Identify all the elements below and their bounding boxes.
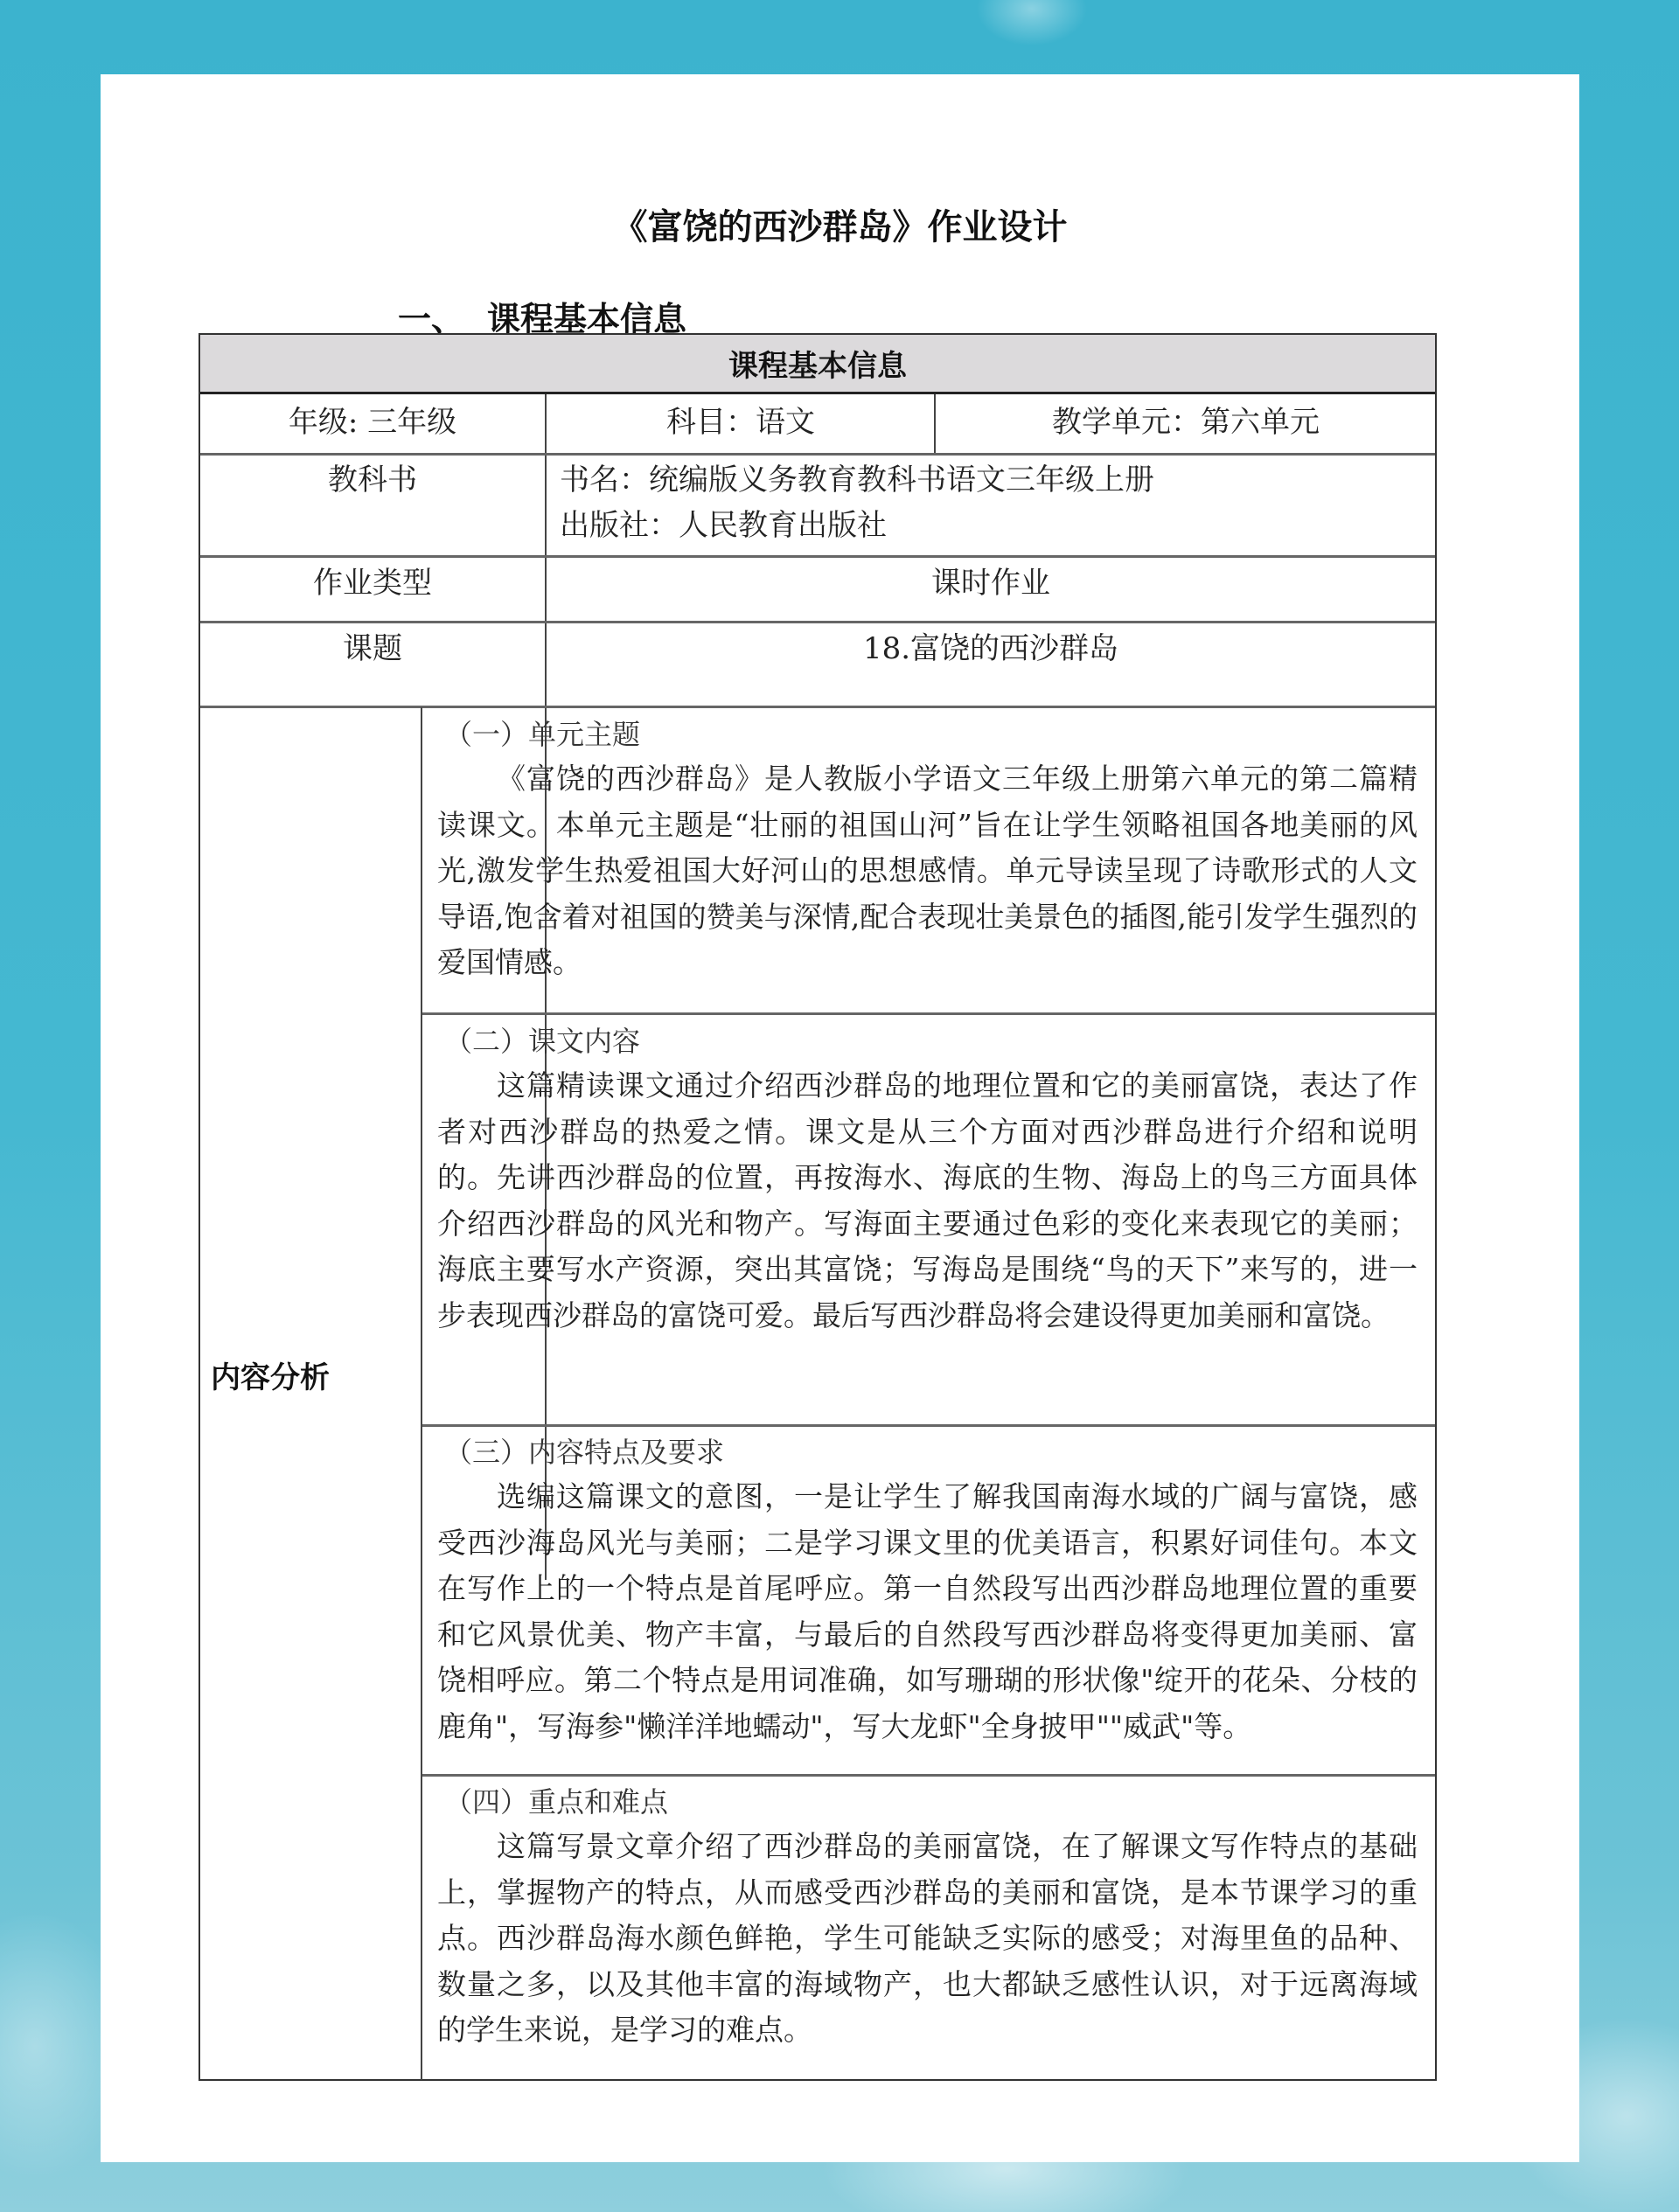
content-section-unit-theme: （一）单元主题 《富饶的西沙群岛》是人教版小学语文三年级上册第六单元的第二篇精读…: [421, 713, 1426, 1010]
content-section-title: （二）课文内容: [437, 1019, 1418, 1063]
lesson-label-cell: 课题: [200, 626, 545, 705]
textbook-book-name: 书名：统编版义务教育教科书语文三年级上册: [560, 457, 1425, 503]
content-section-text: 这篇精读课文通过介绍西沙群岛的地理位置和它的美丽富饶，表达了作者对西沙群岛的热爱…: [437, 1063, 1418, 1339]
textbook-value-cell: 书名：统编版义务教育教科书语文三年级上册 出版社：人民教育出版社: [560, 457, 1425, 553]
content-section-key-points: （四）重点和难点 这篇写景文章介绍了西沙群岛的美丽富饶，在了解课文写作特点的基础…: [421, 1780, 1426, 2077]
content-section-title: （三）内容特点及要求: [437, 1430, 1418, 1474]
document-title: 《富饶的西沙群岛》作业设计: [101, 204, 1579, 251]
row-divider: [200, 453, 1435, 456]
lesson-label: 课题: [343, 626, 402, 671]
row-divider: [422, 1012, 1435, 1015]
grade-cell: 年级: 三年级: [200, 400, 545, 454]
textbook-label: 教科书: [328, 457, 417, 503]
textbook-label-cell: 教科书: [200, 457, 545, 553]
content-analysis-label: 内容分析: [211, 1353, 419, 1402]
homework-type-label-cell: 作业类型: [200, 560, 545, 622]
course-info-table: 课程基本信息 年级: 三年级 科目：语文 教学单元：第六单元 教科书 书名：统编…: [199, 333, 1437, 2081]
textbook-publisher: 出版社：人民教育出版社: [560, 503, 1425, 548]
row-divider: [422, 1774, 1435, 1777]
content-section-text-content: （二）课文内容 这篇精读课文通过介绍西沙群岛的地理位置和它的美丽富饶，表达了作者…: [421, 1019, 1426, 1422]
content-section-title: （四）重点和难点: [437, 1780, 1418, 1824]
content-section-title: （一）单元主题: [437, 713, 1418, 756]
unit-cell: 教学单元：第六单元: [937, 400, 1435, 454]
subject-cell: 科目：语文: [547, 400, 935, 454]
column-divider: [934, 394, 936, 454]
table-header: 课程基本信息: [200, 335, 1435, 394]
unit-value: 教学单元：第六单元: [1052, 400, 1320, 445]
row-divider: [200, 621, 1435, 623]
row-divider: [200, 555, 1435, 558]
lesson-value: 18.富饶的西沙群岛: [863, 626, 1118, 671]
row-divider: [200, 706, 1435, 708]
homework-type-value: 课时作业: [931, 560, 1050, 606]
homework-type-value-cell: 课时作业: [547, 560, 1435, 622]
subject-value: 科目：语文: [666, 400, 815, 445]
homework-type-label: 作业类型: [313, 560, 432, 606]
content-section-text: 《富饶的西沙群岛》是人教版小学语文三年级上册第六单元的第二篇精读课文。本单元主题…: [437, 756, 1418, 986]
lesson-value-cell: 18.富饶的西沙群岛: [547, 626, 1435, 705]
content-section-features: （三）内容特点及要求 选编这篇课文的意图，一是让学生了解我国南海水域的广阔与富饶…: [421, 1430, 1426, 1771]
row-divider: [422, 1424, 1435, 1427]
content-section-text: 选编这篇课文的意图，一是让学生了解我国南海水域的广阔与富饶，感受西沙海岛风光与美…: [437, 1474, 1418, 1749]
content-section-text: 这篇写景文章介绍了西沙群岛的美丽富饶，在了解课文写作特点的基础上，掌握物产的特点…: [437, 1824, 1418, 2054]
grade-value: 年级: 三年级: [289, 400, 456, 445]
